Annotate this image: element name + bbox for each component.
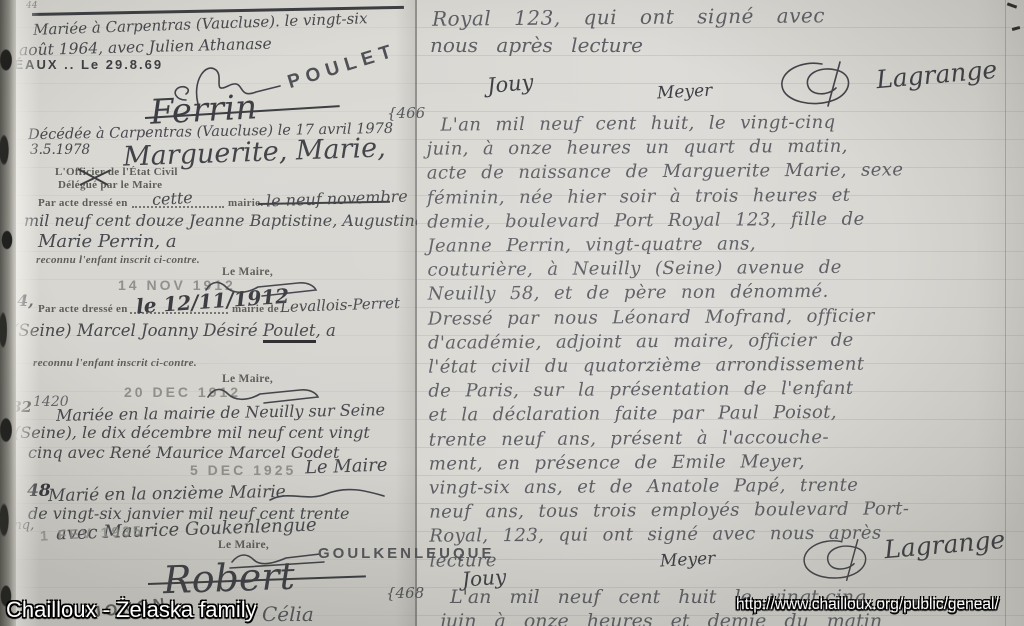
act-line: ment, en présence de Emile Meyer, xyxy=(429,449,909,477)
gutter-shading xyxy=(395,0,415,626)
poulet-pencil-note: POULET xyxy=(285,40,400,94)
celia-note: Célia xyxy=(262,602,314,626)
act-number-466: {466 xyxy=(387,104,425,122)
prev-act-line2: nous après lecture xyxy=(430,33,643,57)
act-466-text: L'an mil neuf cent huit, le vingt-cinqju… xyxy=(426,110,909,573)
acte2-line2a: (Seine) Marcel Joanny Désiré xyxy=(12,321,263,340)
act-line: de Paris, sur la présentation de l'enfan… xyxy=(428,377,908,405)
source-url: http://www.chailloux.org/public/geneal/ xyxy=(736,596,999,614)
act-number-468: {468 xyxy=(386,584,424,602)
act-line: juin, à onze heures un quart du matin, xyxy=(427,135,907,163)
act-line: couturière, à Neuilly (Seine) avenue de xyxy=(427,256,907,284)
act-line: Neuilly 58, et de père non dénommé. xyxy=(428,280,908,308)
acte2-printed-prefix: Par acte dressé en xyxy=(38,303,128,315)
marriage-1964-line2: août 1964, avec Julien Athanase xyxy=(19,35,272,60)
act-line: Dressé par nous Léonard Mofrand, officie… xyxy=(428,304,908,332)
m1925-line1: Mariée en la mairie de Neuilly sur Seine xyxy=(56,400,385,425)
goulkenleuque-pencil-note: GOULKENLEUQUE xyxy=(318,545,495,562)
acte2-line2: (Seine) Marcel Joanny Désiré Poulet, a xyxy=(12,321,336,340)
acte1-reconnu: reconnu l'enfant inscrit ci-contre. xyxy=(36,254,200,266)
acte1-fill-date: le neuf novembre xyxy=(266,187,408,211)
m1925-line2: (Seine), le dix décembre mil neuf cent v… xyxy=(14,423,370,442)
act-line: acte de naissance de Marguerite Marie, s… xyxy=(427,159,907,187)
torn-edge-highlight xyxy=(16,0,40,626)
family-caption: Chailloux - Żelaska family xyxy=(6,597,257,623)
left-page: 44 Mariée à Carpentras (Vaucluse). le vi… xyxy=(0,0,417,626)
act-line: vingt-six ans, et de Anatole Papé, trent… xyxy=(429,473,909,501)
acte2-printed-mairie: mairie de xyxy=(232,303,279,315)
act-line: neuf ans, tous trois employés boulevard … xyxy=(429,498,909,526)
act-line: Jeanne Perrin, vingt-quatre ans, xyxy=(427,231,907,259)
act-line: L'an mil neuf cent huit, le vingt-cinq xyxy=(426,110,906,138)
m1935-line1: Marié en la onzième Mairie xyxy=(48,482,286,506)
acte2-fill-commune: Levallois-Perret xyxy=(280,294,401,316)
acte1-line3: Marie Perrin, a xyxy=(38,231,177,252)
signature-jouy: Jouy xyxy=(486,70,534,98)
acte2-poulet-underlined: Poulet xyxy=(263,321,316,343)
stamp-5-dec-1925: 5 DEC 1925 xyxy=(190,462,296,478)
act-line: trente neuf ans, présent à l'accouche- xyxy=(429,425,909,453)
right-margin-line xyxy=(1005,0,1006,626)
acte1-line2: mil neuf cent douze Jeanne Baptistine, A… xyxy=(24,211,424,230)
officer-printed-line2: Délégué par le Maire xyxy=(58,179,162,191)
signature-flourish xyxy=(792,536,882,584)
signature-meyer: Meyer xyxy=(660,549,716,572)
registry-scan: 44 Mariée à Carpentras (Vaucluse). le vi… xyxy=(0,0,1024,626)
gutter-line xyxy=(415,0,417,626)
act-line: demie, boulevard Port Royal 123, fille d… xyxy=(427,207,907,235)
act-line: et la déclaration faite par Paul Poisot, xyxy=(428,401,908,429)
act-line: féminin, née hier soir à trois heures et xyxy=(427,183,907,211)
act-line: l'état civil du quatorzième arrondisseme… xyxy=(428,352,908,380)
acte1-printed-prefix: Par acte dressé en xyxy=(38,197,128,209)
acte2-line2c: , a xyxy=(316,321,336,340)
act-line: d'académie, adjoint au maire, officier d… xyxy=(428,328,908,356)
signature-flourish xyxy=(770,58,865,110)
m1925-line3: cinq avec René Maurice Marcel Godet xyxy=(28,443,339,462)
m1925-le-maire-signature: Le Maire xyxy=(305,455,388,479)
prev-act-line1: Royal 123, qui ont signé avec xyxy=(432,3,825,30)
officer-printed-line1: L'Officier de l'État Civil xyxy=(55,166,178,178)
acte2-reconnu: reconnu l'enfant inscrit ci-contre. xyxy=(33,357,197,369)
pencil-paraph xyxy=(268,486,388,506)
signature-meyer: Meyer xyxy=(657,81,713,104)
binding-edge xyxy=(0,0,16,626)
acte1-fill-cette: cette xyxy=(152,188,194,209)
